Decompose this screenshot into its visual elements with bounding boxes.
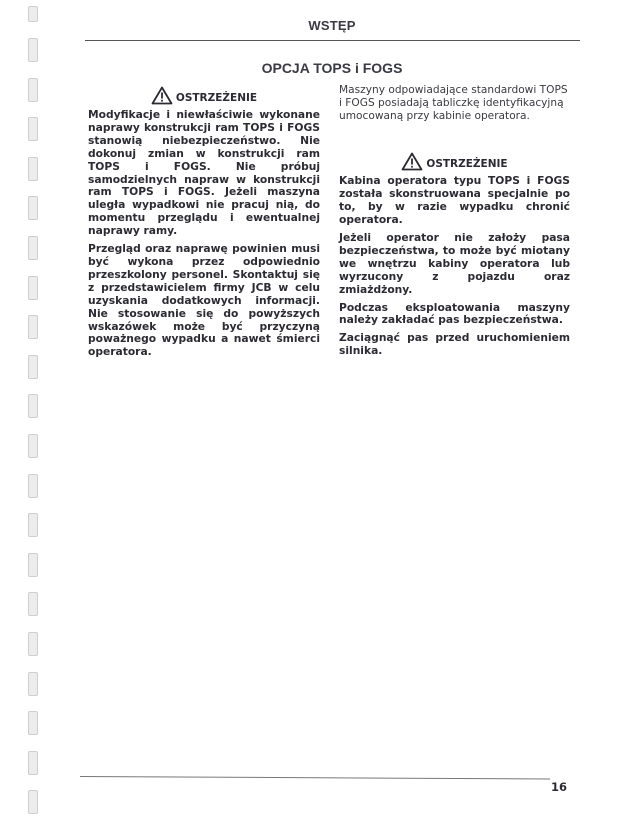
binder-hole [28, 672, 38, 696]
binder-hole [28, 315, 38, 339]
warning-paragraph: Zaciągnąć pas przed uruchomieniem silnik… [339, 332, 570, 358]
binder-hole [28, 236, 38, 260]
binder-hole [28, 355, 38, 379]
binder-hole [28, 196, 38, 220]
binder-hole [28, 632, 38, 656]
warning-label: OSTRZEŻENIE [426, 158, 507, 171]
binder-hole [28, 513, 38, 537]
left-column: OSTRZEŻENIE Modyfikacje i niewłaściwie w… [88, 86, 320, 364]
binder-hole [28, 553, 38, 577]
binder-hole [28, 434, 38, 458]
warning-paragraph: Przegląd oraz naprawę powinien musi być … [88, 243, 320, 359]
binder-hole [28, 117, 38, 141]
binder-hole [28, 394, 38, 418]
binder-hole [28, 78, 38, 102]
intro-paragraph: Maszyny odpowiadające standardowi TOPS i… [339, 84, 570, 122]
warning-triangle-icon [401, 152, 423, 171]
section-title: OPCJA TOPS i FOGS [84, 60, 580, 76]
binder-hole [28, 6, 38, 22]
warning-paragraph: Kabina operatora typu TOPS i FOGS został… [339, 175, 570, 227]
warning-paragraph: Modyfikacje i niewłaściwie wykonane napr… [88, 109, 320, 238]
header-title: WSTĘP [84, 18, 580, 33]
binder-hole [28, 38, 38, 62]
footer-divider [80, 776, 550, 779]
binder-hole [28, 790, 38, 814]
binder-hole [28, 276, 38, 300]
warning-triangle-icon [151, 86, 173, 105]
warning-paragraph: Jeżeli operator nie założy pasa bezpiecz… [339, 232, 570, 297]
warning-heading: OSTRZEŻENIE [88, 86, 320, 105]
page-number: 16 [551, 780, 567, 794]
warning-label: OSTRZEŻENIE [176, 92, 257, 105]
binder-hole [28, 751, 38, 775]
binder-hole [28, 157, 38, 181]
binder-holes [28, 0, 40, 833]
binder-hole [28, 592, 38, 616]
header-divider [85, 40, 580, 41]
warning-paragraph: Podczas eksploatowania maszyny należy za… [339, 302, 570, 328]
warning-heading: OSTRZEŻENIE [339, 152, 570, 171]
binder-hole [28, 474, 38, 498]
right-column: Maszyny odpowiadające standardowi TOPS i… [339, 84, 570, 363]
binder-hole [28, 711, 38, 735]
